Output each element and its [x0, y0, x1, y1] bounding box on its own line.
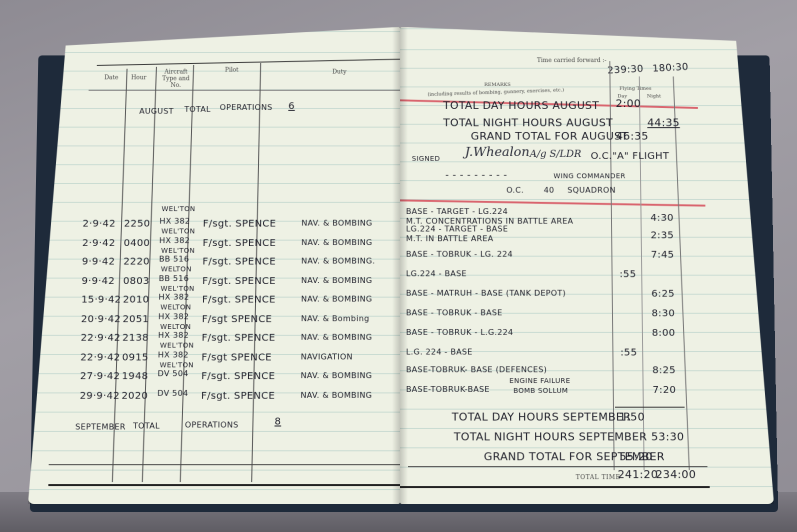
entry-base: WEL'TON: [161, 246, 195, 254]
remark-route: LG.224 - BASE: [406, 269, 467, 278]
remark-night-time: 8:00: [652, 328, 676, 339]
carried-forward-day: 239:30: [607, 64, 644, 76]
august-summary-count: 6: [288, 101, 295, 112]
september-summary-count: 8: [274, 417, 281, 428]
entry-aircraft: HX 382: [159, 236, 190, 245]
entry-duty: NAV. & Bombing: [301, 314, 369, 323]
remark-night-time: 6:25: [651, 289, 675, 300]
flying-times-header: Flying Times: [619, 86, 651, 92]
august-summary-operations: OPERATIONS: [220, 103, 273, 112]
signature-role: O.C."A" FLIGHT: [591, 151, 670, 162]
august-night-label: TOTAL NIGHT HOURS AUGUST: [443, 117, 613, 129]
signature: J.Whealon: [465, 145, 530, 159]
entry-date: 2·9·42: [82, 238, 115, 249]
footer-rule-bottom: [48, 484, 400, 486]
entry-pilot: F/sgt. SPENCE: [202, 276, 276, 287]
august-grand-label: GRAND TOTAL FOR AUGUST: [471, 130, 629, 142]
september-summary-total: TOTAL: [133, 422, 160, 431]
header-pilot: Pilot: [202, 67, 261, 74]
wing-commander-oc: O.C.: [506, 186, 524, 195]
entry-date: 27·9·42: [80, 371, 120, 382]
total-rule: [408, 466, 707, 467]
night-header: Night: [647, 94, 661, 100]
entry-duty: NAVIGATION: [301, 352, 353, 361]
september-day-value: 1:50: [619, 411, 645, 424]
entry-hour: 2138: [122, 333, 149, 344]
entry-duty: NAV. & BOMBING.: [301, 257, 375, 266]
remark-route: BASE - TOBRUK - LG. 224: [406, 250, 513, 259]
entry-base: WEL'TON: [161, 284, 195, 292]
august-summary-month: AUGUST: [139, 107, 174, 116]
column-divider: [142, 67, 157, 482]
entry-duty: NAV. & BOMBING: [301, 371, 373, 380]
remark-night-time: 8:25: [652, 365, 676, 376]
footer-rule-bottom: [400, 486, 710, 488]
entry-aircraft: BB 516: [159, 274, 189, 283]
signature-rank: A/g S/LDR: [530, 149, 582, 160]
header-date: Date: [99, 74, 125, 81]
entry-duty: NAV. & BOMBING: [301, 333, 372, 342]
remark-night-time: 4:30: [650, 213, 673, 224]
entry-duty: NAV. & BOMBING: [301, 276, 372, 285]
entry-aircraft: DV 504: [158, 369, 189, 378]
total-time-label: TOTAL TIME: [576, 474, 621, 481]
remark-route: BASE - TOBRUK - L.G.224: [406, 328, 513, 337]
entry-aircraft: HX 382: [158, 293, 189, 302]
header-top-rule: [97, 59, 400, 66]
entry-pilot: F/sgt. SPENCE: [202, 295, 276, 306]
september-night-value: 53:30: [651, 430, 684, 443]
remark-night-time: 8:30: [652, 308, 676, 319]
entry-base: WEL'TON: [161, 228, 195, 236]
remarks-header: REMARKS: [484, 82, 511, 88]
entry-pilot: F/sgt. SPENCE: [202, 333, 276, 344]
entry-date: 9·9·42: [82, 276, 115, 287]
night-column-edge: [673, 76, 690, 470]
first-base-label: WEL'TON: [162, 205, 196, 213]
entry-pilot: F/sgt. SPENCE: [201, 390, 275, 401]
august-day-label: TOTAL DAY HOURS AUGUST: [443, 99, 599, 111]
entry-date: 15·9·42: [81, 295, 121, 306]
remark-route: BASE - TARGET - LG.224: [406, 207, 508, 216]
remark-note-top: ENGINE FAILURE: [509, 377, 570, 385]
september-day-label: TOTAL DAY HOURS SEPTEMBER: [452, 411, 631, 424]
remark-route: BASE - MATRUH - BASE (TANK DEPOT): [406, 289, 566, 298]
remark-day-time: :55: [620, 348, 637, 359]
entry-date: 22·9·42: [81, 333, 121, 344]
entry-base: WEL'TON: [160, 361, 194, 369]
wing-commander-title: WING COMMANDER: [553, 172, 625, 180]
entry-hour: 2010: [123, 295, 150, 306]
header-duty: Duty: [310, 69, 369, 76]
entry-date: 22·9·42: [80, 352, 120, 363]
entry-aircraft: BB 516: [159, 255, 189, 264]
september-night-label: TOTAL NIGHT HOURS SEPTEMBER: [454, 430, 647, 443]
remark-route: L.G. 224 - BASE: [406, 348, 473, 357]
entry-date: 29·9·42: [80, 390, 120, 401]
header-hour: Hour: [126, 74, 152, 81]
remark-day-time: :55: [619, 269, 636, 280]
remark-route: BASE - TOBRUK - BASE: [406, 308, 503, 317]
september-summary-operations: OPERATIONS: [185, 421, 239, 430]
entry-pilot: F/sgt. SPENCE: [203, 238, 276, 249]
subtotal-rule: [615, 407, 685, 408]
total-time-night: 234:00: [656, 468, 697, 481]
entry-aircraft: HX 382: [159, 217, 190, 226]
entry-aircraft: HX 382: [158, 331, 189, 340]
september-grand-value: 55:20: [619, 450, 652, 463]
remark-route: LG.224 - TARGET - BASE: [406, 225, 508, 234]
september-summary-month: SEPTEMBER: [75, 423, 126, 432]
entry-aircraft: HX 382: [158, 350, 189, 359]
entry-base: WEL'TON: [160, 342, 194, 350]
entry-hour: 2220: [123, 257, 149, 268]
logbook: Date Hour Aircraft Type and No. Pilot Du…: [28, 27, 776, 504]
entry-duty: NAV. & BOMBING: [301, 295, 372, 304]
column-divider: [251, 63, 261, 482]
entry-aircraft: DV 504: [157, 388, 188, 397]
august-summary-total: TOTAL: [184, 105, 210, 114]
left-page: Date Hour Aircraft Type and No. Pilot Du…: [28, 27, 400, 504]
squadron-name: SQUADRON: [567, 186, 615, 195]
header-aircraft: Aircraft Type and No.: [157, 69, 194, 89]
remark-night-time: 7:20: [653, 385, 677, 396]
august-grand-value: 46:35: [616, 130, 649, 142]
remarks-subheader: (including results of bombing, gunnery, …: [427, 87, 564, 97]
entry-hour: 2020: [121, 390, 148, 401]
remark-night-time: 2:35: [651, 230, 674, 241]
book-gutter: [392, 27, 408, 504]
remark-note-bottom: BOMB SOLLUM: [513, 387, 568, 395]
august-night-value: 44:35: [647, 117, 680, 129]
signed-label: SIGNED: [412, 155, 440, 163]
carried-forward-night: 180:30: [652, 62, 689, 74]
entry-base: WELTON: [161, 265, 192, 273]
entry-pilot: F/sgt SPENCE: [201, 352, 271, 363]
time-carried-forward-label: Time carried forward :-: [537, 57, 607, 64]
entry-duty: NAV. & BOMBING: [301, 219, 372, 228]
wing-commander-signature-line: - - - - - - - - -: [445, 170, 507, 181]
entry-pilot: F/sgt. SPENCE: [203, 219, 276, 230]
entry-pilot: F/sgt. SPENCE: [201, 371, 275, 382]
remark-night-time: 7:45: [651, 250, 675, 261]
entry-date: 2·9·42: [82, 219, 115, 230]
entry-hour: 0915: [122, 352, 149, 363]
entry-hour: 0803: [123, 276, 150, 287]
remark-route: BASE-TOBRUK-BASE: [406, 385, 490, 394]
entry-base: WELTON: [160, 304, 191, 312]
entry-hour: 0400: [124, 238, 150, 249]
entry-hour: 2051: [123, 314, 150, 325]
entry-aircraft: HX 382: [158, 312, 189, 321]
entry-base: WELTON: [160, 323, 191, 331]
total-time-day: 241:20: [618, 468, 659, 481]
entry-date: 20·9·42: [81, 314, 121, 325]
section-red-rule: [400, 199, 705, 206]
entry-hour: 1948: [122, 371, 149, 382]
squadron-number: 40: [544, 186, 555, 195]
entry-pilot: F/sgt. SPENCE: [202, 257, 276, 268]
remark-route: BASE-TOBRUK- BASE (DEFENCES): [406, 365, 547, 374]
entry-duty: NAV. & BOMBING: [301, 238, 372, 247]
august-day-value: 2:00: [616, 97, 642, 109]
right-page: Time carried forward :- 239:30 180:30 RE…: [400, 27, 774, 504]
footer-rule: [49, 464, 400, 465]
entry-pilot: F/sgt SPENCE: [202, 314, 272, 325]
entry-hour: 2250: [124, 219, 150, 230]
entry-date: 9·9·42: [82, 257, 115, 268]
remark-detail: M.T. IN BATTLE AREA: [406, 234, 494, 243]
entry-duty: NAV. & BOMBING: [301, 390, 373, 399]
header-bottom-rule: [89, 90, 400, 91]
